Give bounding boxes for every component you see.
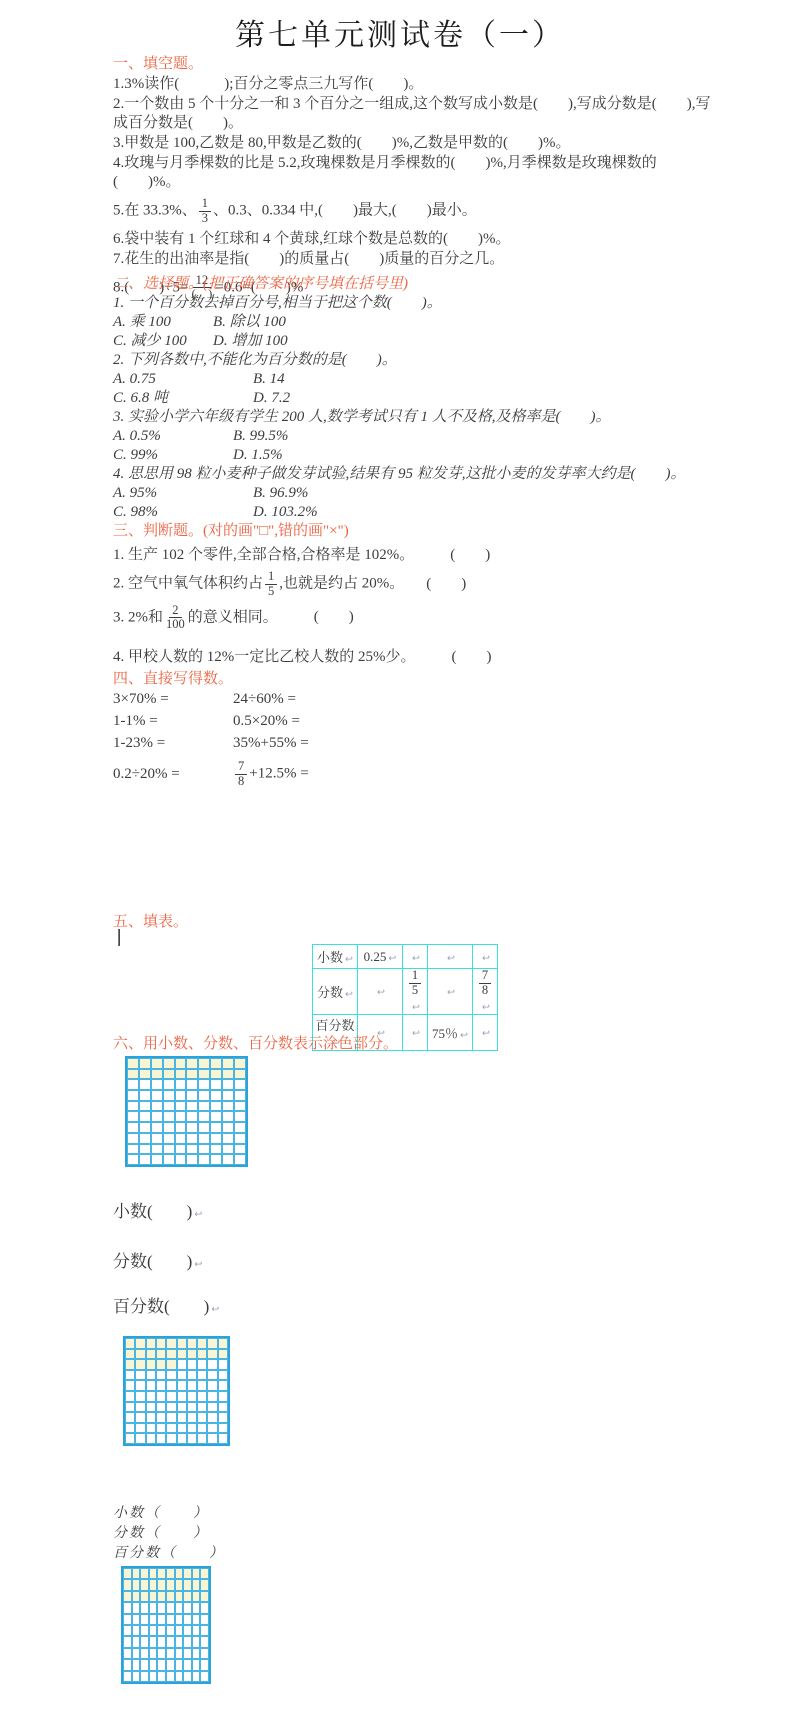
grid-cell <box>186 1101 198 1112</box>
grid-cell <box>175 1154 187 1165</box>
grid-cell <box>132 1568 141 1579</box>
grid-cell <box>234 1144 246 1155</box>
grid-cell <box>183 1591 192 1602</box>
grid-cell <box>139 1069 151 1080</box>
grid-cell <box>197 1380 207 1391</box>
grid-cell <box>207 1433 217 1444</box>
grid-cell <box>187 1370 197 1381</box>
grid-cell <box>123 1659 132 1670</box>
return-mark: ↩ <box>345 954 353 965</box>
grid-cell <box>140 1614 149 1625</box>
grid-cell <box>234 1090 246 1101</box>
return-mark: ↩ <box>388 953 396 964</box>
grid-cell <box>149 1659 158 1670</box>
grid-cell <box>139 1090 151 1101</box>
grid-cell <box>140 1602 149 1613</box>
grid-cell <box>132 1659 141 1670</box>
grid-cell <box>234 1101 246 1112</box>
grid-cell <box>146 1412 156 1423</box>
grid-cell <box>146 1380 156 1391</box>
grid-cell <box>222 1111 234 1122</box>
grid-cell <box>222 1101 234 1112</box>
grid-cell <box>200 1614 209 1625</box>
grid-cell <box>186 1090 198 1101</box>
table-cell: ↩ <box>403 1014 428 1050</box>
grid-cell <box>132 1602 141 1613</box>
fill-item-2: 2.一个数由 5 个十分之一和 3 个百分之一组成,这个数写成小数是( ),写成… <box>113 95 718 133</box>
grid-cell <box>140 1625 149 1636</box>
grid-cell <box>166 1659 175 1670</box>
grid-cell <box>175 1579 184 1590</box>
grid-cell <box>175 1069 187 1080</box>
grid-cell <box>175 1636 184 1647</box>
grid-cell <box>132 1671 141 1682</box>
section-heading-table: 五、填表。 <box>113 912 188 932</box>
fill-item-6: 6.袋中装有 1 个红球和 4 个黄球,红球个数是总数的( )%。 <box>113 230 718 249</box>
grid-cell <box>177 1423 187 1434</box>
grid-cell <box>149 1648 158 1659</box>
section-true-false: 三、判断题。(对的画"□",错的画"×") 1. 生产 102 个零件,全部合格… <box>113 521 738 667</box>
choice-q2-options-ab: A. 0.75B. 14 <box>113 370 738 389</box>
grid-cell <box>200 1636 209 1647</box>
grid-cell <box>163 1058 175 1069</box>
grid-cell <box>175 1133 187 1144</box>
grid-cell <box>140 1591 149 1602</box>
return-mark: ↩ <box>482 953 490 964</box>
grid-cell <box>146 1349 156 1360</box>
grid-cell <box>123 1579 132 1590</box>
return-mark: ↩ <box>377 987 385 998</box>
grid-cell <box>175 1111 187 1122</box>
grid-cell <box>166 1602 175 1613</box>
grid-cell <box>210 1144 222 1155</box>
fraction: 13 <box>199 197 211 226</box>
grid-cell <box>187 1359 197 1370</box>
grid-cell <box>135 1391 145 1402</box>
grid-cell <box>125 1370 135 1381</box>
grid-cell <box>163 1154 175 1165</box>
grid-cell <box>187 1412 197 1423</box>
calc-row-1: 3×70% =24÷60% = <box>113 691 633 708</box>
grid-cell <box>132 1591 141 1602</box>
grid-cell <box>125 1380 135 1391</box>
grid-cell <box>139 1144 151 1155</box>
grid-cell <box>151 1058 163 1069</box>
grid-cell <box>192 1579 201 1590</box>
grid-cell <box>222 1079 234 1090</box>
grid-cell <box>234 1133 246 1144</box>
grid-cell <box>156 1338 166 1349</box>
section-mental-math: 四、直接写得数。 3×70% =24÷60% = 1-1% =0.5×20% =… <box>113 669 633 794</box>
grid-cell <box>151 1154 163 1165</box>
judge-item-1: 1. 生产 102 个零件,全部合格,合格率是 102%。( ) <box>113 546 738 565</box>
grid-cell <box>125 1412 135 1423</box>
grid-cell <box>198 1111 210 1122</box>
grid-cell <box>132 1625 141 1636</box>
grid-cell <box>234 1122 246 1133</box>
grid-cell <box>123 1602 132 1613</box>
section-heading-judge: 三、判断题。(对的画"□",错的画"×") <box>113 521 738 541</box>
grid-cell <box>139 1122 151 1133</box>
grid-cell <box>139 1133 151 1144</box>
grid-cell <box>151 1144 163 1155</box>
grid-cell <box>146 1433 156 1444</box>
grid-cell <box>135 1380 145 1391</box>
grid-cell <box>192 1625 201 1636</box>
grid-cell <box>132 1636 141 1647</box>
grid-cell <box>157 1636 166 1647</box>
choice-q3-options-cd: C. 99%D. 1.5% <box>113 446 738 465</box>
grid-cell <box>156 1412 166 1423</box>
grid-cell <box>186 1133 198 1144</box>
fraction: 78 <box>235 760 247 789</box>
grid-cell <box>157 1648 166 1659</box>
grid-cell <box>207 1423 217 1434</box>
grid-cell <box>175 1058 187 1069</box>
grid-cell <box>149 1636 158 1647</box>
grid-cell <box>207 1391 217 1402</box>
table-cell: ↩ <box>473 1014 498 1050</box>
grid-cell <box>177 1349 187 1360</box>
grid-cell <box>218 1380 228 1391</box>
section-fill-in-blanks: 一、填空题。 1.3%读作( );百分之零点三九写作( )。 2.一个数由 5 … <box>113 54 718 306</box>
grid-cell <box>123 1636 132 1647</box>
grid-cell <box>210 1058 222 1069</box>
grid-cell <box>218 1402 228 1413</box>
section-multiple-choice: 二、选择题。(把正确答案的序号填在括号里) 1. 一个百分数去掉百分号,相当于把… <box>113 275 738 522</box>
grid-cell <box>157 1591 166 1602</box>
grid-cell <box>210 1122 222 1133</box>
grid-cell <box>234 1058 246 1069</box>
grid-cell <box>222 1058 234 1069</box>
table-cell: 15↩ <box>403 969 428 1015</box>
grid-cell <box>151 1122 163 1133</box>
grid-cell <box>156 1359 166 1370</box>
grid-cell <box>200 1659 209 1670</box>
grid-cell <box>222 1090 234 1101</box>
grid-cell <box>149 1671 158 1682</box>
grid-cell <box>197 1338 207 1349</box>
fill-item-7: 7.花生的出油率是指( )的质量占( )质量的百分之几。 <box>113 250 718 269</box>
return-mark: ↩ <box>482 1028 490 1039</box>
table-cell: 78↩ <box>473 969 498 1015</box>
grid-cell <box>127 1101 139 1112</box>
grid-cell <box>183 1636 192 1647</box>
grid-cell <box>210 1111 222 1122</box>
table-row-fraction: 分数↩ ↩ 15↩ ↩ 78↩ <box>313 969 498 1015</box>
grid-cell <box>127 1079 139 1090</box>
grid-cell <box>151 1079 163 1090</box>
grid-cell <box>175 1101 187 1112</box>
grid-cell <box>135 1423 145 1434</box>
grid-cell <box>149 1625 158 1636</box>
grid-cell <box>177 1338 187 1349</box>
grid-cell <box>127 1133 139 1144</box>
fill-item-1: 1.3%读作( );百分之零点三九写作( )。 <box>113 75 718 94</box>
grid-cell <box>207 1412 217 1423</box>
calc-row-2: 1-1% =0.5×20% = <box>113 713 633 730</box>
grid-cell <box>175 1614 184 1625</box>
grid-cell <box>166 1359 176 1370</box>
grid-cell <box>197 1370 207 1381</box>
grid-cell <box>163 1122 175 1133</box>
grid-cell <box>175 1090 187 1101</box>
grid-cell <box>234 1111 246 1122</box>
grid-cell <box>163 1069 175 1080</box>
grid-cell <box>139 1101 151 1112</box>
table-row-decimal: 小数↩ 0.25↩ ↩ ↩ ↩ <box>313 945 498 969</box>
grid-cell <box>146 1370 156 1381</box>
grid-cell <box>234 1069 246 1080</box>
grid-cell <box>146 1423 156 1434</box>
grid-cell <box>177 1402 187 1413</box>
grid-cell <box>127 1111 139 1122</box>
grid-cell <box>151 1101 163 1112</box>
hundred-grid-1 <box>125 1056 248 1167</box>
return-mark: ↩ <box>194 1259 202 1270</box>
grid-cell <box>125 1391 135 1402</box>
grid-cell <box>192 1591 201 1602</box>
grid-cell <box>163 1111 175 1122</box>
grid-cell <box>198 1154 210 1165</box>
grid-cell <box>127 1069 139 1080</box>
grid-cell <box>125 1423 135 1434</box>
grid-cell <box>218 1412 228 1423</box>
grid-cell <box>218 1359 228 1370</box>
grid-cell <box>222 1154 234 1165</box>
grid-cell <box>177 1359 187 1370</box>
grid-cell <box>218 1338 228 1349</box>
grid2-fraction-label: 分数（ ） <box>113 1524 209 1543</box>
grid2-decimal-label: 小数（ ） <box>113 1504 209 1523</box>
grid-cell <box>222 1122 234 1133</box>
fraction: 15 <box>409 969 421 998</box>
grid-cell <box>210 1101 222 1112</box>
grid-cell <box>187 1338 197 1349</box>
grid-cell <box>186 1111 198 1122</box>
grid-cell <box>135 1402 145 1413</box>
grid-cell <box>218 1433 228 1444</box>
grid-cell <box>197 1349 207 1360</box>
grid-cell <box>187 1433 197 1444</box>
grid-cell <box>177 1412 187 1423</box>
grid-cell <box>149 1602 158 1613</box>
grid-cell <box>125 1349 135 1360</box>
return-mark: ↩ <box>460 1030 468 1041</box>
grid-cell <box>198 1058 210 1069</box>
grid-cell <box>156 1402 166 1413</box>
grid-cell <box>166 1338 176 1349</box>
grid-cell <box>146 1391 156 1402</box>
grid-cell <box>166 1579 175 1590</box>
choice-q4-options-cd: C. 98%D. 103.2% <box>113 503 738 522</box>
grid-cell <box>135 1370 145 1381</box>
grid-cell <box>200 1579 209 1590</box>
grid-cell <box>183 1625 192 1636</box>
grid-cell <box>125 1359 135 1370</box>
grid-cell <box>157 1579 166 1590</box>
grid-cell <box>207 1402 217 1413</box>
grid-cell <box>177 1433 187 1444</box>
fraction: 78 <box>479 969 491 998</box>
grid-cell <box>177 1370 187 1381</box>
grid-cell <box>207 1370 217 1381</box>
grid-cell <box>140 1671 149 1682</box>
grid-cell <box>163 1133 175 1144</box>
grid-cell <box>192 1659 201 1670</box>
grid-cell <box>127 1144 139 1155</box>
grid-cell <box>198 1101 210 1112</box>
calc-row-4: 0.2÷20% = 78+12.5% = <box>113 760 633 789</box>
grid-cell <box>151 1069 163 1080</box>
grid-cell <box>207 1349 217 1360</box>
grid-cell <box>123 1648 132 1659</box>
calc-row-3: 1-23% =35%+55% = <box>113 735 633 752</box>
grid-cell <box>166 1423 176 1434</box>
grid-cell <box>198 1133 210 1144</box>
grid-cell <box>234 1079 246 1090</box>
grid-cell <box>186 1058 198 1069</box>
grid-cell <box>192 1602 201 1613</box>
page-title: 第七单元测试卷（一） <box>0 10 800 54</box>
grid-cell <box>192 1568 201 1579</box>
grid-cell <box>166 1380 176 1391</box>
grid-cell <box>151 1111 163 1122</box>
fraction: 2100 <box>165 604 186 633</box>
grid-cell <box>140 1568 149 1579</box>
grid-cell <box>149 1568 158 1579</box>
grid-cell <box>234 1154 246 1165</box>
grid-cell <box>139 1079 151 1090</box>
return-mark: ↩ <box>211 1304 219 1315</box>
grid-cell <box>157 1602 166 1613</box>
grid-cell <box>198 1069 210 1080</box>
return-mark: ↩ <box>482 1002 490 1013</box>
grid-cell <box>163 1079 175 1090</box>
grid1-percent-label: 百分数( )↩ <box>113 1297 219 1319</box>
grid1-decimal-label: 小数( )↩ <box>113 1202 202 1224</box>
grid-cell <box>166 1614 175 1625</box>
grid-cell <box>186 1144 198 1155</box>
table-cell: ↩ <box>473 945 498 969</box>
section-heading-shaded: 六、用小数、分数、百分数表示涂色部分。 <box>113 1034 398 1054</box>
grid-cell <box>123 1591 132 1602</box>
grid-cell <box>125 1433 135 1444</box>
table-cell: ↩ <box>358 969 403 1015</box>
grid-cell <box>157 1659 166 1670</box>
grid-cell <box>139 1154 151 1165</box>
grid-cell <box>222 1069 234 1080</box>
grid-cell <box>207 1338 217 1349</box>
grid-cell <box>125 1338 135 1349</box>
choice-q1: 1. 一个百分数去掉百分号,相当于把这个数( )。 <box>113 294 738 313</box>
grid-cell <box>135 1359 145 1370</box>
grid-cell <box>175 1122 187 1133</box>
grid-cell <box>156 1391 166 1402</box>
grid-cell <box>146 1359 156 1370</box>
grid-cell <box>140 1648 149 1659</box>
grid-cell <box>192 1671 201 1682</box>
grid-cell <box>157 1614 166 1625</box>
return-mark: ↩ <box>412 953 420 964</box>
grid-cell <box>183 1659 192 1670</box>
table-cell: ↩ <box>428 969 473 1015</box>
grid-cell <box>197 1433 207 1444</box>
grid-cell <box>166 1349 176 1360</box>
grid-cell <box>183 1671 192 1682</box>
table-cell: 分数↩ <box>313 969 358 1015</box>
grid-cell <box>200 1568 209 1579</box>
grid-cell <box>175 1625 184 1636</box>
choice-q4: 4. 思思用 98 粒小麦种子做发芽试验,结果有 95 粒发芽,这批小麦的发芽率… <box>113 465 738 484</box>
grid-cell <box>192 1614 201 1625</box>
grid-cell <box>166 1568 175 1579</box>
grid-cell <box>123 1614 132 1625</box>
grid-cell <box>210 1090 222 1101</box>
grid-cell <box>156 1380 166 1391</box>
grid-cell <box>135 1349 145 1360</box>
table-cell: ↩ <box>428 945 473 969</box>
grid-cell <box>157 1671 166 1682</box>
text-cursor: | <box>114 927 124 947</box>
grid-cell <box>135 1433 145 1444</box>
grid-cell <box>132 1648 141 1659</box>
grid-cell <box>123 1671 132 1682</box>
grid-cell <box>139 1111 151 1122</box>
grid-cell <box>132 1579 141 1590</box>
grid-cell <box>123 1625 132 1636</box>
grid-cell <box>163 1144 175 1155</box>
grid-cell <box>210 1133 222 1144</box>
return-mark: ↩ <box>447 987 455 998</box>
fill-item-4: 4.玫瑰与月季棵数的比是 5.2,玫瑰棵数是月季棵数的( )%,月季棵数是玫瑰棵… <box>113 154 718 192</box>
grid-cell <box>187 1402 197 1413</box>
grid-cell <box>222 1144 234 1155</box>
grid-cell <box>140 1579 149 1590</box>
grid-cell <box>207 1359 217 1370</box>
grid-cell <box>175 1602 184 1613</box>
grid-cell <box>183 1614 192 1625</box>
grid-cell <box>140 1636 149 1647</box>
grid-cell <box>177 1391 187 1402</box>
grid-cell <box>187 1391 197 1402</box>
choice-q1-options-ab: A. 乘 100B. 除以 100 <box>113 313 738 332</box>
grid-cell <box>192 1636 201 1647</box>
hundred-grid-3 <box>121 1566 211 1684</box>
grid-cell <box>210 1069 222 1080</box>
grid-cell <box>207 1380 217 1391</box>
grid-cell <box>151 1090 163 1101</box>
grid-cell <box>175 1648 184 1659</box>
grid-cell <box>175 1079 187 1090</box>
grid-cell <box>166 1648 175 1659</box>
grid-cell <box>156 1423 166 1434</box>
grid-cell <box>146 1402 156 1413</box>
grid-cell <box>198 1144 210 1155</box>
grid-cell <box>186 1079 198 1090</box>
grid-cell <box>166 1671 175 1682</box>
grid-cell <box>198 1122 210 1133</box>
grid-cell <box>187 1380 197 1391</box>
section-heading-choice: 二、选择题。(把正确答案的序号填在括号里) <box>113 275 738 294</box>
grid-cell <box>197 1391 207 1402</box>
table-cell: 小数↩ <box>313 945 358 969</box>
grid-cell <box>127 1058 139 1069</box>
grid-cell <box>187 1349 197 1360</box>
grid-cell <box>166 1391 176 1402</box>
worksheet-page: 第七单元测试卷（一） 一、填空题。 1.3%读作( );百分之零点三九写作( )… <box>0 0 800 1710</box>
grid-cell <box>166 1636 175 1647</box>
